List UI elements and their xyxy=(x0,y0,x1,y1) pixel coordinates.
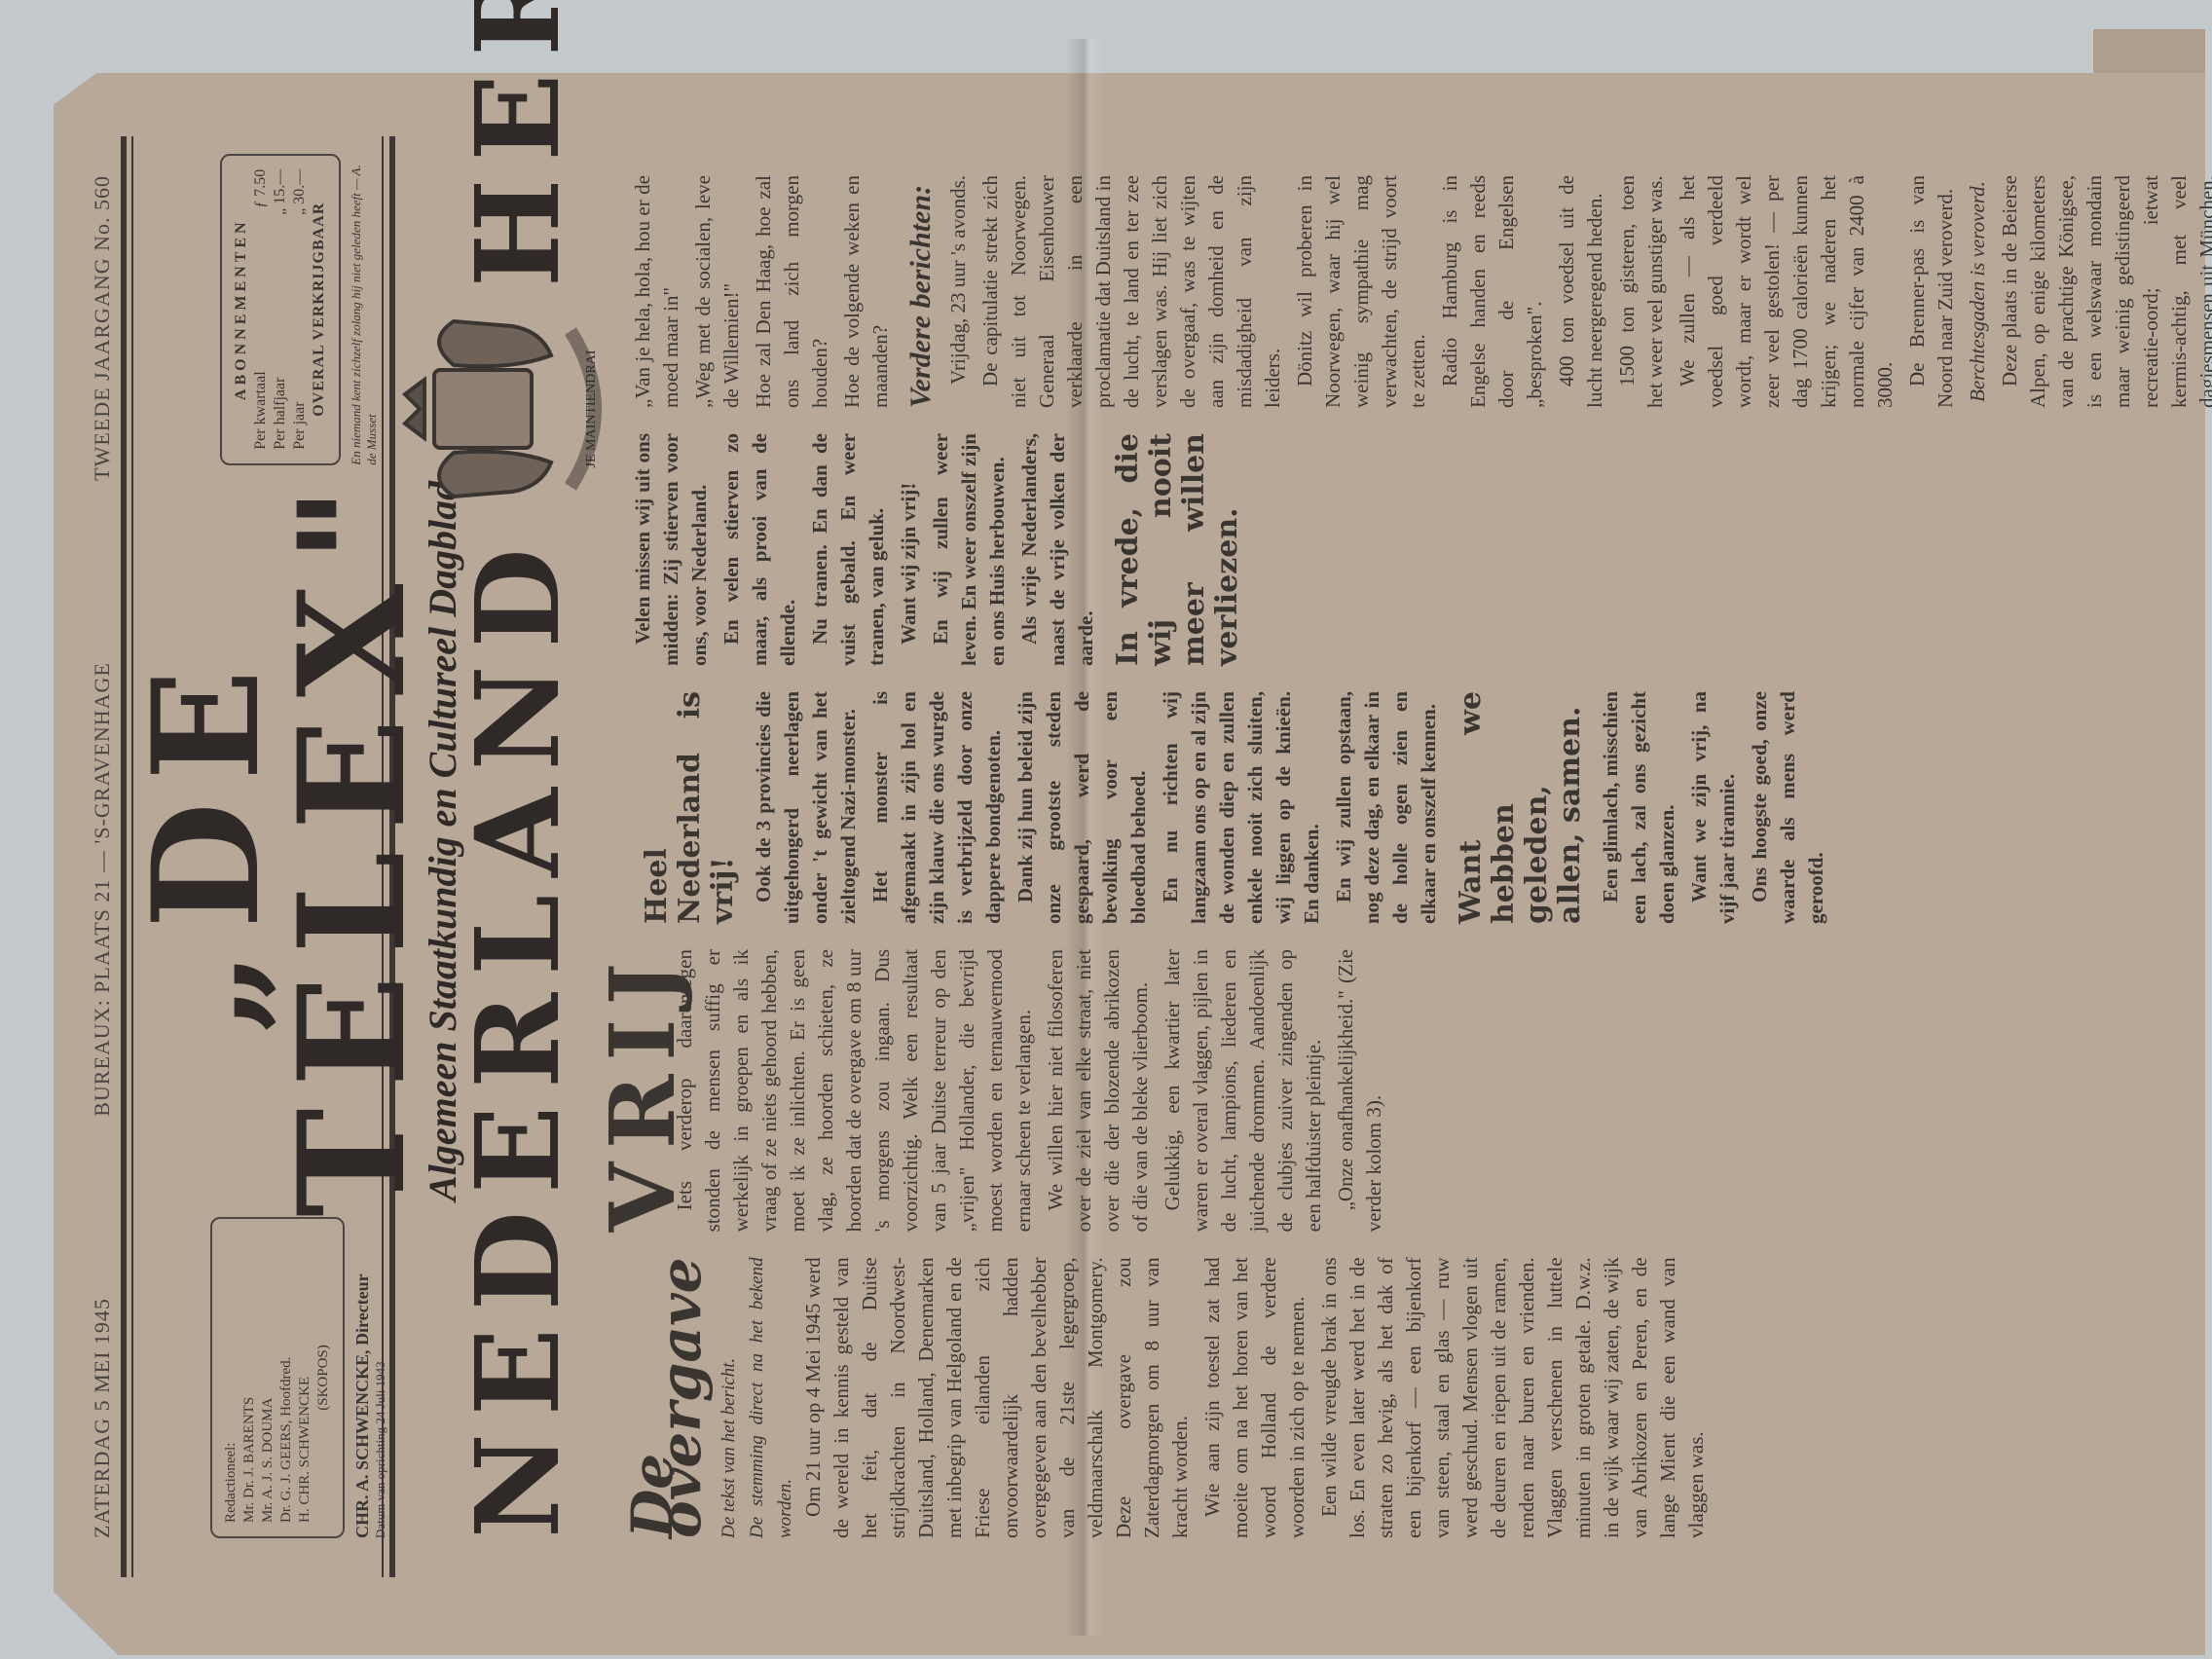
editorial-info: Redactioneel: Mr. Dr. J. BARENTS Mr. A. … xyxy=(210,1217,388,1538)
price-row: Per kwartaalƒ 7.50 xyxy=(251,169,271,450)
article-paragraph: „Onze onafhankelijkheid." (Zie verder ko… xyxy=(1332,949,1388,1232)
headline-vrij: VRIJ xyxy=(629,949,657,1232)
editor-name: Dr. G. J. GEERS, Hoofdred. xyxy=(277,1233,296,1523)
article-paragraph: Want wij zijn vrij! xyxy=(895,433,923,666)
article-paragraph: Ook de 3 provincies die uitgehongerd nee… xyxy=(750,691,863,924)
article-paragraph: En nu richten wij langzaam ons op en al … xyxy=(1157,691,1326,924)
article-paragraph: Een wilde vreugde brak in ons los. En ev… xyxy=(1315,1257,1711,1538)
newspaper-logo: „DE TELEX" Algemeen Staatkundig en Cultu… xyxy=(133,465,465,1217)
article-paragraph: Dank zij hun beleid zijn onze grootste s… xyxy=(1012,691,1153,924)
svg-text:JE MAINTIENDRAI: JE MAINTIENDRAI xyxy=(584,350,599,467)
subscription-title: ABONNEMENTEN xyxy=(232,169,251,450)
article-heading-berichten: Verdere berichten: xyxy=(906,175,935,408)
office-address: BUREAUX: PLAATS 21 — 'S-GRAVENHAGE xyxy=(90,662,115,1117)
price-label: Per jaar xyxy=(290,401,310,449)
article-paragraph: 1500 ton gisteren, toen het weer veel gu… xyxy=(1613,175,1670,408)
editorial-box: Redactioneel: Mr. Dr. J. BARENTS Mr. A. … xyxy=(210,1217,345,1538)
royal-coat-of-arms-icon: JE MAINTIENDRAI xyxy=(395,302,639,516)
newspaper-front-page: ZATERDAG 5 MEI 1945 BUREAUX: PLAATS 21 —… xyxy=(58,97,2103,1616)
article-subheading: Want we hebben geleden, allen, samen. xyxy=(1455,691,1587,924)
editor-name: (SKOPOS) xyxy=(314,1233,333,1523)
article-intro: De tekst van het bericht. xyxy=(715,1257,743,1538)
article-paragraph: Dönitz wil proberen in Noorwegen, waar h… xyxy=(1291,175,1432,408)
price-row: Per jaar„ 30.— xyxy=(290,169,310,450)
top-info-line: ZATERDAG 5 MEI 1945 BUREAUX: PLAATS 21 —… xyxy=(58,136,115,1577)
article-paragraph: 400 ton voedsel uit de lucht neergeregen… xyxy=(1553,175,1609,408)
article-paragraph: Gelukkig, een kwartier later waren er ov… xyxy=(1159,949,1328,1232)
editor-name: Mr. Dr. J. BARENTS xyxy=(240,1233,259,1523)
article-paragraph: En velen stierven zo maar, als prooi van… xyxy=(718,433,802,666)
price-value: ƒ 7.50 xyxy=(251,169,271,208)
article-paragraph: De Brenner-pas is van Noord naar Zuid ve… xyxy=(1903,175,1960,408)
issue-date: ZATERDAG 5 MEI 1945 xyxy=(90,1298,115,1538)
article-closing: In vrede, die wij nooit meer willen verl… xyxy=(1112,433,1244,666)
price-value: „ 30.— xyxy=(290,169,310,215)
article-paragraph: Ons hoogste goed, onze waarde als mens w… xyxy=(1746,691,1830,924)
article-paragraph: Om 21 uur op 4 Mei 1945 werd de wereld i… xyxy=(799,1257,1195,1538)
subscription-info: ABONNEMENTEN Per kwartaalƒ 7.50 Per half… xyxy=(220,154,380,465)
price-label: Per halfjaar xyxy=(271,378,290,450)
quote-line: „Weg met de socialen, leve de Willemien!… xyxy=(689,175,746,408)
article-paragraph: Iets verderop daarentegen stonden de men… xyxy=(671,949,1038,1232)
newspaper-title: „DE TELEX" xyxy=(133,465,425,1217)
founding-date: Datum van oprichting 24 Juli 1943 xyxy=(373,1217,388,1538)
editor-name: H. CHR. SCHWENCKE xyxy=(296,1233,314,1523)
article-paragraph: Deze plaats in de Beierse Alpen, op enig… xyxy=(1996,175,2212,408)
article-subheading: Berchtesgaden is veroverd. xyxy=(1964,175,1992,408)
article-paragraph: We willen hier niet filosoferen over de … xyxy=(1042,949,1155,1232)
volume-number: TWEEDE JAARGANG No. 560 xyxy=(90,175,115,481)
article-paragraph: En wij zullen opstaan, nog deze dag, en … xyxy=(1330,691,1443,924)
headline-right: HERREZEN xyxy=(450,0,585,287)
article-heading-overgave: De overgave xyxy=(639,1257,695,1538)
article-paragraph: Een glimlach, misschien een lach, zal on… xyxy=(1597,691,1681,924)
price-row: Per halfjaar„ 15.— xyxy=(271,169,290,450)
article-paragraph: Als vrije Nederlanders, naast de vrije v… xyxy=(1015,433,1100,666)
subscription-price-box: ABONNEMENTEN Per kwartaalƒ 7.50 Per half… xyxy=(220,154,341,465)
price-value: „ 15.— xyxy=(271,169,290,215)
price-label: Per kwartaal xyxy=(251,371,271,449)
article-columns: De overgave De tekst van het bericht. De… xyxy=(619,136,2212,1577)
article-paragraph: Want we zijn vrij, na vijf jaar tirannie… xyxy=(1685,691,1742,924)
editor-name: Mr. A. J. S. DOUMA xyxy=(259,1233,277,1523)
article-dateline: Vrijdag, 23 uur 's avonds. xyxy=(944,175,973,408)
article-paragraph: En wij zullen weer leven. En weer onszel… xyxy=(927,433,1012,666)
masthead: Redactioneel: Mr. Dr. J. BARENTS Mr. A. … xyxy=(133,136,377,1577)
photo-stage: ZATERDAG 5 MEI 1945 BUREAUX: PLAATS 21 —… xyxy=(0,0,2212,1659)
motto-quote: En niemand kent zichzelf zolang hij niet… xyxy=(349,154,380,465)
article-intro: De stemming direct na het bekend worden. xyxy=(743,1257,799,1538)
quote-line: Hoe de volgende weken en maanden? xyxy=(838,175,895,408)
director-line: CHR. A. SCHWENCKE, Directeur xyxy=(352,1217,373,1538)
article-paragraph: Radio Hamburg is in Engelse handen en re… xyxy=(1436,175,1549,408)
availability-note: OVERAL VERKRIJGBAAR xyxy=(310,169,329,450)
editorial-label: Redactioneel: xyxy=(222,1233,240,1523)
column-overgave-cont: VRIJ Iets verderop daarentegen stonden d… xyxy=(629,949,2212,1232)
headline-left: NEDERLAND xyxy=(450,531,585,1538)
quote-line: Hoe zal Den Haag, hoe zal ons land zich … xyxy=(750,175,834,408)
column-overgave: De overgave De tekst van het bericht. De… xyxy=(629,1257,2212,1538)
article-heading-heel-nederland: Heel Nederland is vrij! xyxy=(641,691,740,924)
column-heel-nederland: Heel Nederland is vrij! Ook de 3 provinc… xyxy=(629,691,2212,924)
article-paragraph: We zullen — als het voedsel goed verdeel… xyxy=(1674,175,1899,408)
article-paragraph: De capitulatie strekt zich niet uit tot … xyxy=(977,175,1287,408)
article-paragraph: Wie aan zijn toestel zat had moeite om n… xyxy=(1198,1257,1311,1538)
article-paragraph: Nu tranen. En dan de vuist gebald. En we… xyxy=(806,433,891,666)
column-berichten: „Van je hela, hola, hou er de moed maar … xyxy=(629,175,2212,408)
article-paragraph: Velen missen wij uit ons midden: Zij sti… xyxy=(629,433,714,666)
article-paragraph: Het monster is afgemaakt in zijn hol en … xyxy=(866,691,1008,924)
column-heel-nederland-cont: Velen missen wij uit ons midden: Zij sti… xyxy=(629,433,2212,666)
